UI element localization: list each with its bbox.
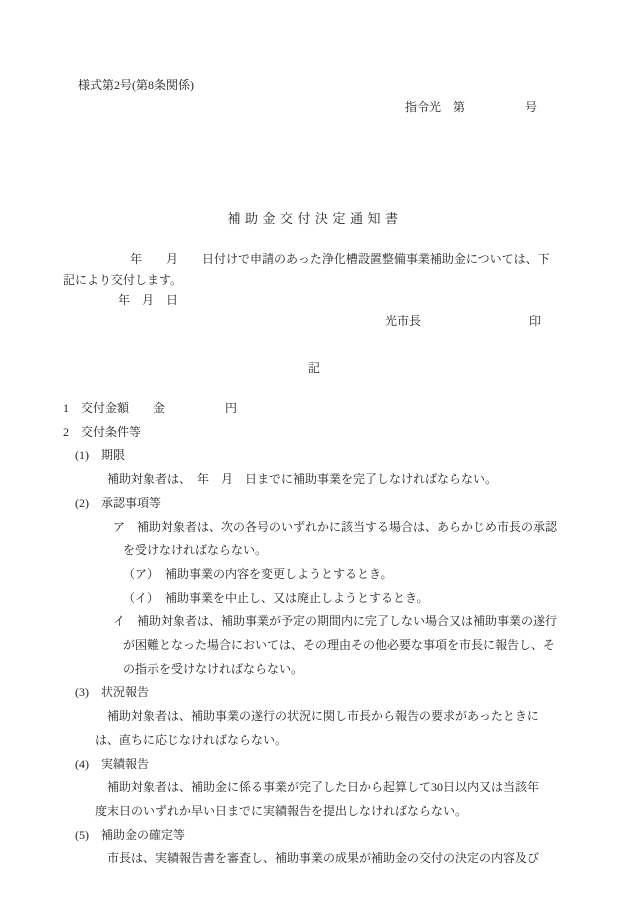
form-number-label: 様式第2号(第8条関係): [0, 78, 630, 92]
item-2-3-heading: (3) 状況報告: [0, 681, 630, 705]
document-page: 様式第2号(第8条関係) 指令光 第 号 補助金交付決定通知書 年 月 日付けで…: [0, 0, 630, 903]
item-2-2-a-sub-1: （ア） 補助事業の内容を変更しようとするとき。: [0, 563, 630, 587]
item-2-1-heading: (1) 期限: [0, 444, 630, 468]
item-2-2-a-sub-2: （イ） 補助事業を中止し、又は廃止しようとするとき。: [0, 587, 630, 611]
item-2-3-body-line-1: 補助対象者は、補助事業の遂行の状況に関し市長から報告の要求があったときに: [0, 705, 630, 729]
item-2-4-body-line-2: 度末日のいずれか早い日までに実績報告を提出しなければならない。: [0, 800, 630, 824]
item-2-5-body-line-1: 市長は、実績報告書を審査し、補助事業の成果が補助金の交付の決定の内容及び: [0, 847, 630, 871]
item-2-2-i-line-3: の指示を受けなければならない。: [0, 658, 630, 682]
item-2-4-heading: (4) 実績報告: [0, 753, 630, 777]
item-2-2-heading: (2) 承認事項等: [0, 492, 630, 516]
item-2-4-body-line-1: 補助対象者は、補助金に係る事業が完了した日から起算して30日以内又は当該年: [0, 776, 630, 800]
intro-paragraph: 年 月 日付けで申請のあった浄化槽設置整備事業補助金については、下記により交付し…: [0, 249, 630, 331]
document-title: 補助金交付決定通知書: [0, 210, 630, 228]
section-marker: 記: [0, 360, 630, 376]
item-2-1-body: 補助対象者は、 年 月 日までに補助事業を完了しなければならない。: [0, 468, 630, 492]
intro-wrap-line: 記により交付します。: [0, 270, 630, 291]
item-2-2-i-line-2: が困難となった場合においては、その理由その他必要な事項を市長に報告し、そ: [0, 634, 630, 658]
item-2-3-body-line-2: は、直ちに応じなければならない。: [0, 729, 630, 753]
application-date-line: 年 月 日付けで申請のあった浄化槽設置整備事業補助金については、下: [0, 249, 630, 270]
item-2-grant-conditions: 2 交付条件等: [0, 421, 630, 445]
conditions-list: 1 交付金額 金 円2 交付条件等(1) 期限補助対象者は、 年 月 日までに補…: [0, 397, 630, 871]
item-1-grant-amount: 1 交付金額 金 円: [0, 397, 630, 421]
issue-date-line: 年 月 日: [0, 290, 630, 311]
signature-line: 光市長 印: [0, 311, 630, 332]
item-2-5-heading: (5) 補助金の確定等: [0, 824, 630, 848]
item-2-2-a-line-1: ア 補助対象者は、次の各号のいずれかに該当する場合は、あらかじめ市長の承認: [0, 516, 630, 540]
directive-number-line: 指令光 第 号: [0, 100, 630, 114]
item-2-2-a-line-2: を受けなければならない。: [0, 539, 630, 563]
item-2-2-i-line-1: イ 補助対象者は、補助事業が予定の期間内に完了しない場合又は補助事業の遂行: [0, 610, 630, 634]
